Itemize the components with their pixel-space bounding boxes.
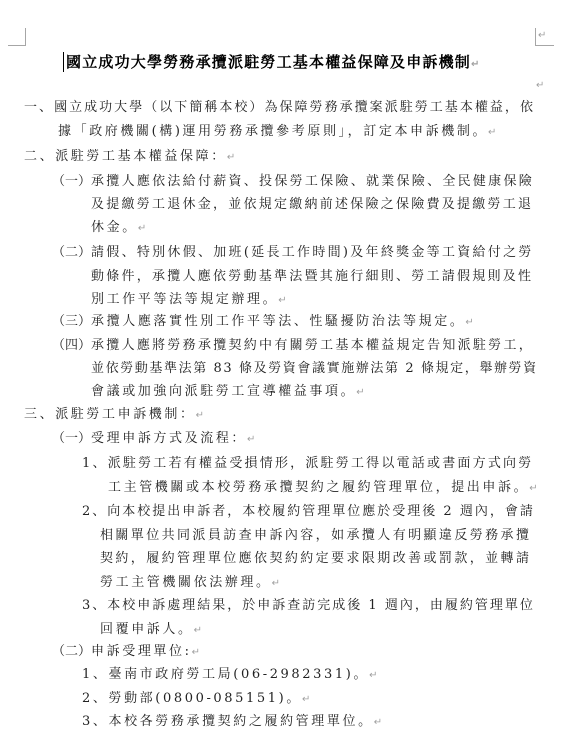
subitem-marker: 3、 — [82, 598, 107, 613]
paragraph-mark-icon: ↵ — [471, 59, 481, 70]
section-3-heading[interactable]: 三、派駐勞工申訴機制：↵ — [24, 406, 207, 425]
paragraph-mark-icon: ↵ — [138, 223, 149, 234]
text-cursor — [63, 52, 64, 72]
item-marker: （二） — [52, 245, 91, 260]
section-2-item-2-line-3[interactable]: 別工作平等法等規定辦理。↵ — [91, 291, 289, 310]
section-3-item-1-heading[interactable]: （一）受理申訴方式及流程：↵ — [52, 430, 258, 449]
section-2-item-2-line-2[interactable]: 動條件，承攬人應依勞動基準法暨其施行細則、勞工請假規則及性 — [91, 268, 533, 286]
section-3-item-1-sub-1-line-1[interactable]: 1、派駐勞工若有權益受損情形，派駐勞工得以電話或書面方式向勞 — [82, 455, 533, 473]
paragraph-mark-icon: ↵ — [194, 625, 205, 636]
section-3-item-1-sub-2-line-1[interactable]: 2、向本校提出申訴者，本校履約管理單位應於受理後 2 週內，會請 — [82, 503, 535, 521]
section-3-item-2-sub-3[interactable]: 3、本校各勞務承攬契約之履約管理單位。↵ — [82, 713, 385, 732]
paragraph-mark-icon: ↵ — [374, 717, 385, 728]
subitem-marker: 1、 — [82, 667, 108, 682]
paragraph-mark-icon: ↵ — [192, 647, 203, 658]
section-1-line-2[interactable]: 據「政府機關(構)運用勞務承攬參考原則」，訂定本申訴機制。↵ — [58, 123, 499, 142]
section-2-heading[interactable]: 二、派駐勞工基本權益保障：↵ — [24, 148, 238, 167]
section-marker: 二、 — [24, 149, 55, 164]
subitem-marker: 2、 — [82, 691, 108, 706]
paragraph-mark-icon: ↵ — [227, 152, 238, 163]
section-2-item-1-line-3[interactable]: 休金。↵ — [91, 219, 149, 238]
section-2-item-3-line-1[interactable]: （三）承攬人應落實性別工作平等法、性騷擾防治法等規定。↵ — [52, 313, 476, 332]
paragraph-mark-icon: ↵ — [538, 30, 546, 41]
section-3-item-2-heading[interactable]: （二）申訴受理單位:↵ — [52, 643, 203, 662]
subitem-marker: 2、 — [82, 504, 107, 519]
section-3-item-1-sub-3-line-1[interactable]: 3、本校申訴處理結果，於申訴查訪完成後 1 週內，由履約管理單位 — [82, 597, 535, 615]
section-2-item-1-line-2[interactable]: 及提繳勞工退休金，並依規定繳納前述保險之保險費及提繳勞工退 — [91, 196, 533, 214]
paragraph-mark-icon: ↵ — [488, 127, 499, 138]
paragraph-mark-icon: ↵ — [278, 295, 289, 306]
document-title[interactable]: 國立成功大學勞務承攬派駐勞工基本權益保障及申訴機制↵ — [66, 52, 481, 75]
item-marker: （二） — [52, 644, 91, 659]
subitem-marker: 1、 — [82, 456, 108, 471]
section-marker: 三、 — [24, 407, 55, 422]
paragraph-mark-icon: ↵ — [369, 670, 380, 681]
item-marker: （一） — [52, 431, 91, 446]
section-3-item-1-sub-2-line-3[interactable]: 契約，履約管理單位應依契約約定要求限期改善或罰款，並轉請 — [100, 550, 531, 568]
section-2-item-4-line-1[interactable]: （四）承攬人應將勞務承攬契約中有關勞工基本權益規定告知派駐勞工， — [52, 337, 534, 355]
section-3-item-1-sub-1-line-2[interactable]: 工主管機關或本校勞務承攬契約之履約管理單位，提出申訴。↵ — [108, 479, 540, 498]
section-marker: 一、 — [24, 100, 54, 115]
section-2-item-2-line-1[interactable]: （二）請假、特別休假、加班(延長工作時間)及年終獎金等工資給付之勞 — [52, 244, 534, 262]
section-3-item-2-sub-1[interactable]: 1、臺南市政府勞工局(06-2982331)。↵ — [82, 666, 380, 685]
section-2-item-4-line-2[interactable]: 並依勞動基準法第 83 條及勞資會議實施辦法第 2 條規定，舉辦勞資 — [91, 360, 538, 378]
item-marker: （一） — [52, 174, 91, 189]
section-2-item-4-line-3[interactable]: 會議或加強向派駐勞工宣導權益事項。↵ — [91, 383, 367, 402]
paragraph-mark-icon: ↵ — [465, 317, 476, 328]
section-3-item-2-sub-2[interactable]: 2、勞動部(0800-085151)。↵ — [82, 690, 313, 709]
paragraph-mark-icon: ↵ — [272, 578, 283, 589]
section-3-item-1-sub-2-line-4[interactable]: 勞工主管機關依法辦理。↵ — [100, 574, 283, 593]
section-2-item-1-line-1[interactable]: （一）承攬人應依法給付薪資、投保勞工保險、就業保險、全民健康保險 — [52, 173, 534, 191]
section-1-line-1[interactable]: 一、國立成功大學（以下簡稱本校）為保障勞務承攬案派駐勞工基本權益，依 — [24, 99, 535, 117]
section-3-item-1-sub-3-line-2[interactable]: 回覆申訴人。↵ — [100, 621, 205, 640]
paragraph-mark-icon: ↵ — [302, 694, 313, 705]
paragraph-mark-icon: ↵ — [247, 434, 258, 445]
subitem-marker: 3、 — [82, 714, 108, 729]
item-marker: （四） — [52, 338, 91, 353]
paragraph-mark-icon: ↵ — [536, 80, 544, 91]
paragraph-mark-icon: ↵ — [529, 483, 540, 494]
section-3-item-1-sub-2-line-2[interactable]: 相關單位共同派員訪查申訴內容，如承攬人有明顯違反勞務承攬 — [100, 527, 531, 545]
paragraph-mark-icon: ↵ — [356, 387, 367, 398]
crop-mark-top-left — [8, 28, 26, 46]
paragraph-mark-icon: ↵ — [196, 410, 207, 421]
item-marker: （三） — [52, 314, 91, 329]
